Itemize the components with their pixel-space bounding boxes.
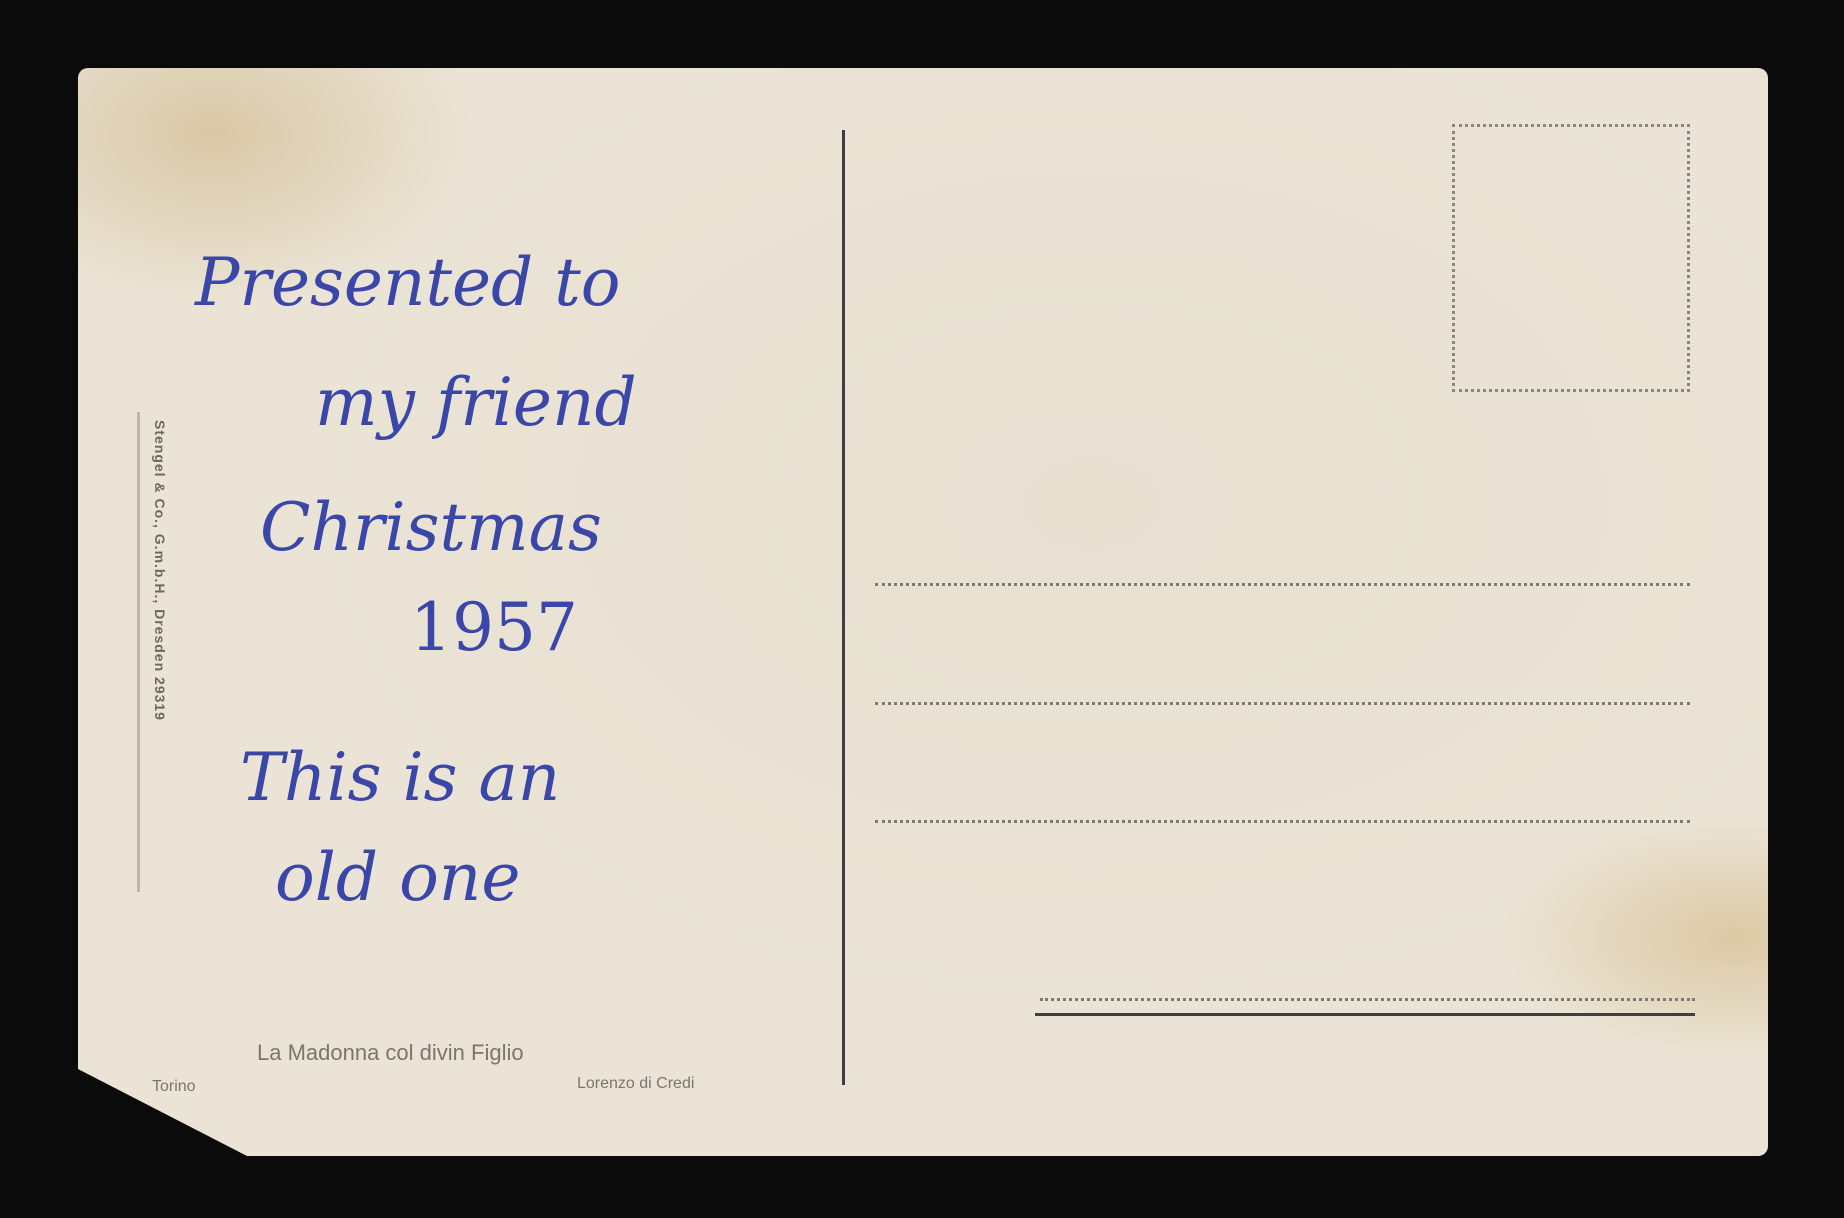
handwriting-line-6: old one [275, 845, 520, 911]
center-divider [842, 130, 845, 1085]
address-line-2 [875, 702, 1690, 705]
address-line-1 [875, 583, 1690, 586]
handwriting-line-1: Presented to [195, 250, 621, 316]
handwriting-line-5: This is an [240, 745, 560, 811]
handwriting-line-3: Christmas [260, 495, 602, 561]
publisher-rule [137, 412, 140, 892]
publisher-imprint: Stengel & Co., G.m.b.H., Dresden 29319 [152, 420, 168, 721]
handwriting-line-4: 1957 [410, 595, 578, 661]
address-line-4 [1040, 998, 1695, 1001]
caption-title: La Madonna col divin Figlio [257, 1040, 524, 1066]
address-line-solid [1035, 1013, 1695, 1016]
handwriting-line-2: my friend [315, 370, 637, 436]
caption-artist: Lorenzo di Credi [577, 1075, 694, 1093]
address-line-3 [875, 820, 1690, 823]
stamp-box [1452, 124, 1690, 392]
caption-location: Torino [152, 1078, 196, 1096]
